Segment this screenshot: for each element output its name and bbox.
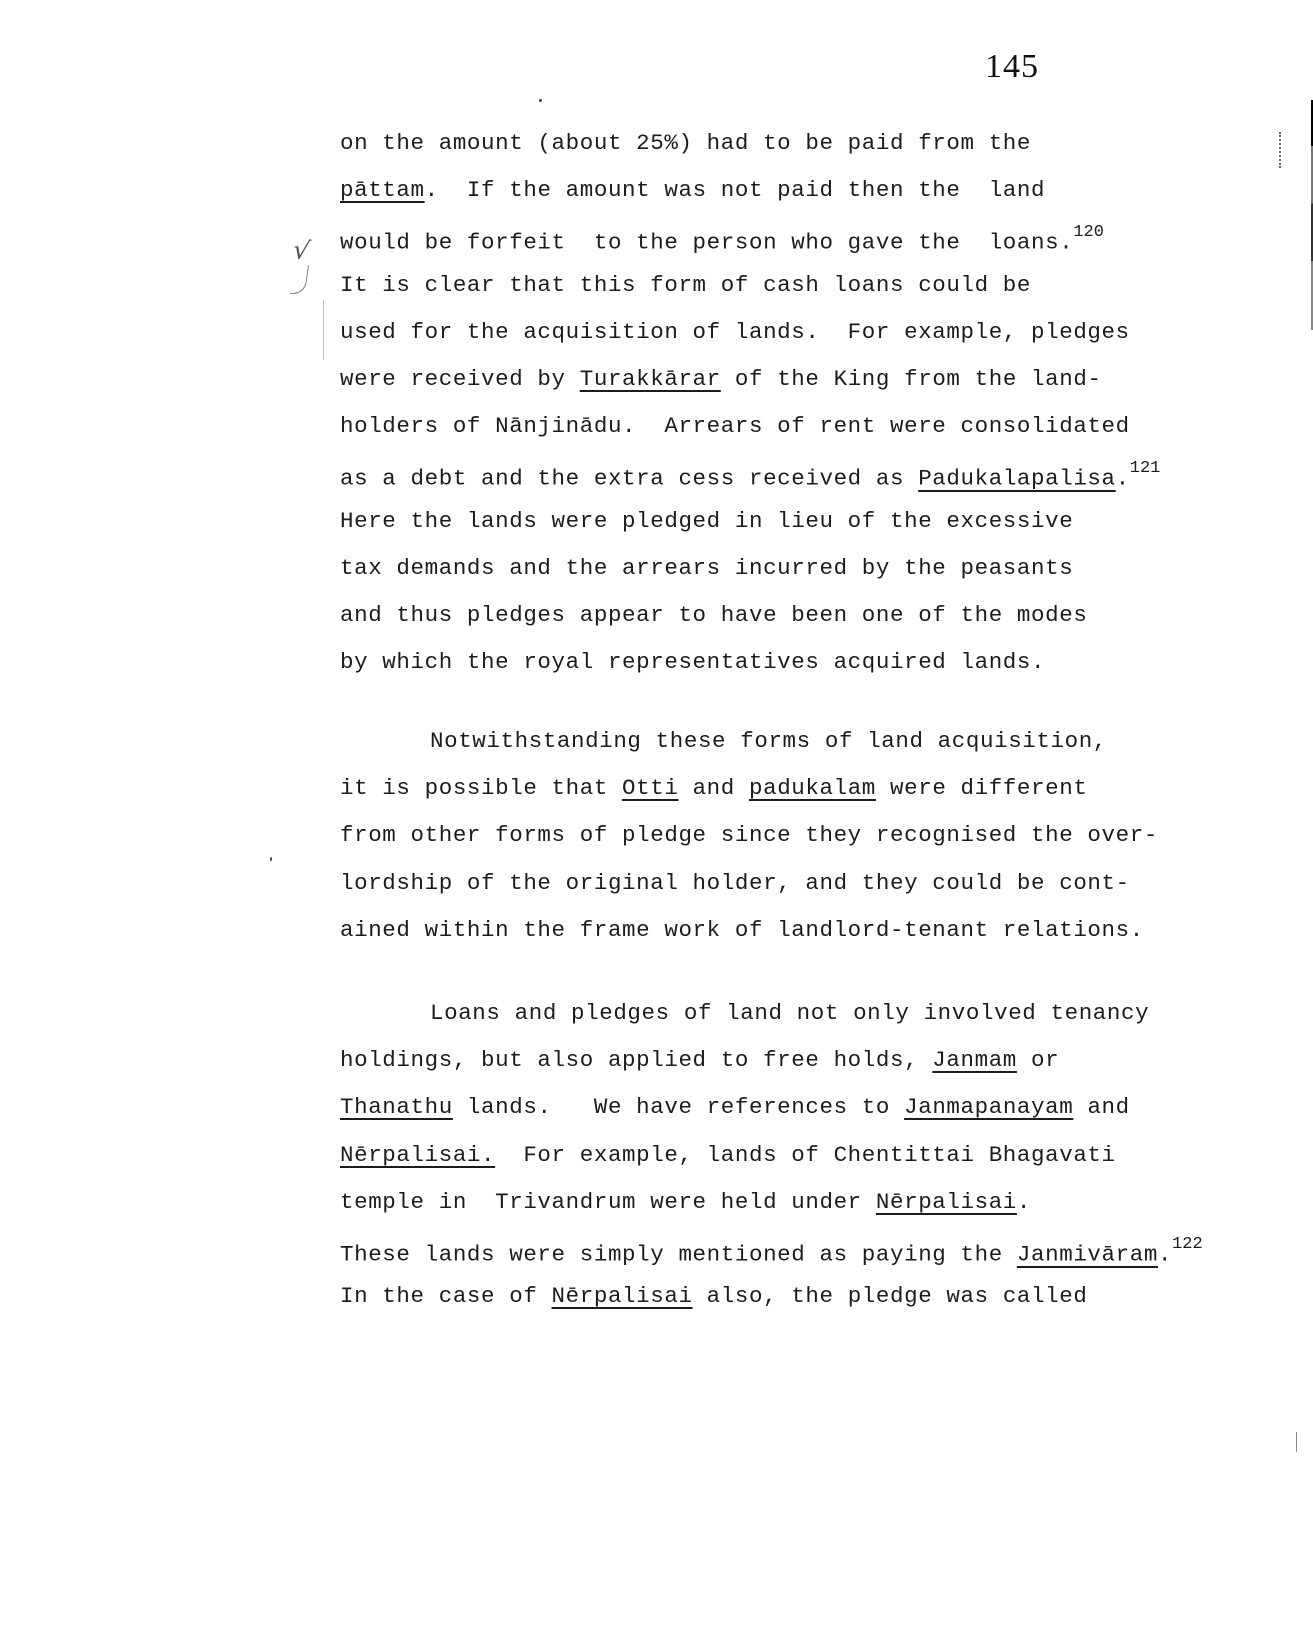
text-line: pāttam. If the amount was not paid then …: [340, 177, 1045, 203]
underlined-term: Janmivāram: [1017, 1242, 1158, 1268]
text-segment: as a debt and the extra cess received as: [340, 466, 918, 492]
text-line: It is clear that this form of cash loans…: [340, 272, 1031, 298]
text-segment: lordship of the original holder, and the…: [340, 870, 1130, 896]
text-segment: For example, lands of Chentittai Bhagava…: [495, 1142, 1116, 1168]
text-line: Nērpalisai. For example, lands of Chenti…: [340, 1142, 1116, 1168]
text-segment: by which the royal representatives acqui…: [340, 649, 1045, 675]
underlined-term: Nērpalisai: [552, 1283, 693, 1309]
text-segment: In the case of: [340, 1283, 552, 1309]
text-segment: on the amount (about 25%) had to be paid…: [340, 130, 1031, 156]
text-segment: of the King from the land-: [721, 366, 1102, 392]
footnote-marker: 122: [1172, 1235, 1203, 1254]
text-line: These lands were simply mentioned as pay…: [340, 1236, 1203, 1268]
underlined-term: Otti: [622, 775, 678, 801]
text-segment: also, the pledge was called: [693, 1283, 1088, 1309]
text-segment: ained within the frame work of landlord-…: [340, 917, 1144, 943]
underlined-term: Turakkārar: [580, 366, 721, 392]
underlined-term: pāttam: [340, 177, 425, 203]
text-segment: would be forfeit to the person who gave …: [340, 230, 1073, 256]
text-segment: holdings, but also applied to free holds…: [340, 1047, 932, 1073]
text-segment: Here the lands were pledged in lieu of t…: [340, 508, 1073, 534]
text-line: ained within the frame work of landlord-…: [340, 917, 1144, 943]
text-segment: . If the amount was not paid then the la…: [425, 177, 1046, 203]
text-line: Notwithstanding these forms of land acqu…: [430, 728, 1107, 754]
document-page: 145 on the amount (about 25%) had to be …: [0, 0, 1313, 1649]
underlined-term: Nērpalisai.: [340, 1142, 495, 1168]
text-line: tax demands and the arrears incurred by …: [340, 555, 1073, 581]
underlined-term: Janmam: [932, 1047, 1017, 1073]
text-segment: used for the acquisition of lands. For e…: [340, 319, 1130, 345]
text-segment: .: [1017, 1189, 1031, 1215]
text-line: holdings, but also applied to free holds…: [340, 1047, 1059, 1073]
text-line: from other forms of pledge since they re…: [340, 822, 1158, 848]
text-line: were received by Turakkārar of the King …: [340, 366, 1102, 392]
text-segment: from other forms of pledge since they re…: [340, 822, 1158, 848]
margin-bar-bottom: [1296, 1432, 1297, 1452]
text-segment: or: [1017, 1047, 1059, 1073]
text-line: as a debt and the extra cess received as…: [340, 460, 1160, 492]
underlined-term: padukalam: [749, 775, 876, 801]
text-segment: were different: [876, 775, 1088, 801]
underlined-term: Nērpalisai: [876, 1189, 1017, 1215]
text-segment: .: [1116, 466, 1130, 492]
text-segment: It is clear that this form of cash loans…: [340, 272, 1031, 298]
margin-dots: [1279, 132, 1283, 168]
text-line: Thanathu lands. We have references to Ja…: [340, 1094, 1130, 1120]
scan-speck: [270, 857, 272, 861]
page-number: 145: [985, 48, 1039, 86]
footnote-marker: 121: [1130, 459, 1161, 478]
text-line: would be forfeit to the person who gave …: [340, 224, 1104, 256]
text-segment: and thus pledges appear to have been one…: [340, 602, 1087, 628]
underlined-term: Thanathu: [340, 1094, 453, 1120]
margin-bar: [323, 300, 324, 360]
margin-curve-mark: [290, 263, 309, 296]
text-segment: and: [678, 775, 749, 801]
text-segment: holders of Nānjinādu. Arrears of rent we…: [340, 413, 1130, 439]
underlined-term: Padukalapalisa: [918, 466, 1115, 492]
text-segment: temple in Trivandrum were held under: [340, 1189, 876, 1215]
text-segment: Notwithstanding these forms of land acqu…: [430, 728, 1107, 754]
text-line: by which the royal representatives acqui…: [340, 649, 1045, 675]
text-segment: were received by: [340, 366, 580, 392]
text-segment: .: [1158, 1242, 1172, 1268]
text-line: and thus pledges appear to have been one…: [340, 602, 1087, 628]
text-segment: Loans and pledges of land not only invol…: [430, 1000, 1149, 1026]
text-segment: These lands were simply mentioned as pay…: [340, 1242, 1017, 1268]
underlined-term: Janmapanayam: [904, 1094, 1073, 1120]
text-segment: and: [1073, 1094, 1129, 1120]
text-line: it is possible that Otti and padukalam w…: [340, 775, 1087, 801]
scan-speck: [539, 99, 542, 102]
text-line: holders of Nānjinādu. Arrears of rent we…: [340, 413, 1130, 439]
text-segment: tax demands and the arrears incurred by …: [340, 555, 1073, 581]
text-segment: it is possible that: [340, 775, 622, 801]
text-line: Loans and pledges of land not only invol…: [430, 1000, 1149, 1026]
text-line: used for the acquisition of lands. For e…: [340, 319, 1130, 345]
footnote-marker: 120: [1073, 223, 1104, 242]
text-line: on the amount (about 25%) had to be paid…: [340, 130, 1031, 156]
text-line: temple in Trivandrum were held under Nēr…: [340, 1189, 1031, 1215]
text-line: In the case of Nērpalisai also, the pled…: [340, 1283, 1087, 1309]
text-line: Here the lands were pledged in lieu of t…: [340, 508, 1073, 534]
text-segment: lands. We have references to: [453, 1094, 904, 1120]
text-line: lordship of the original holder, and the…: [340, 870, 1130, 896]
